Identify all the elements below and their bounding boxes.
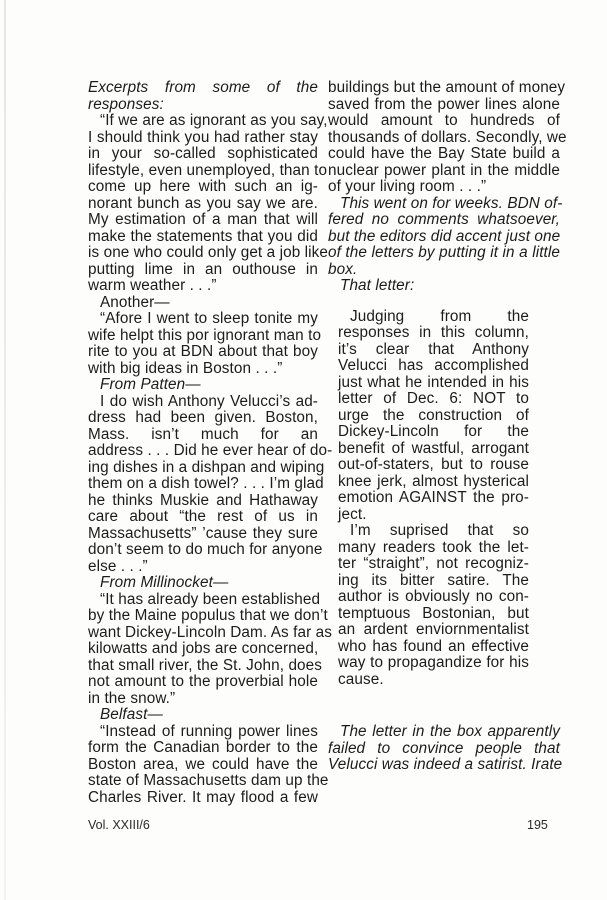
text-line: Another— [88,295,318,312]
text-line: of your living room . . .” [328,179,560,196]
text-line: lifestyle, even unemployed, than to [88,163,318,180]
right-column-top-text: buildings but the amount of moneysaved f… [328,80,560,295]
text-line-content: don’t seem to do much for anyone [88,542,318,559]
text-line-content: urge the construction of [338,408,529,425]
text-line-content: box. [328,262,560,279]
text-line: author is obviously no con- [338,589,529,606]
volume-label: Vol. XXIII/6 [88,818,150,832]
text-line: Judging from the [338,309,529,326]
page-edge-shadow [4,0,6,900]
text-line-content: From Millinocket— [88,575,318,592]
text-line-content: many readers took the let- [338,540,529,557]
text-line: in the snow.” [88,691,318,708]
text-line: many readers took the let- [338,540,529,557]
text-line: rite to you at BDN about that boy [88,344,318,361]
text-line: not amount to the proverbial hole [88,674,318,691]
text-line: Excerpts from some of the [88,80,318,97]
text-line-content: “If we are as ignorant as you say, [88,113,318,130]
text-line-content: with big ideas in Boston . . .” [88,361,318,378]
text-line: form the Canadian border to the [88,740,318,757]
text-line-content: dress had been given. Boston, [88,410,318,427]
text-line: failed to convince people that [328,741,560,758]
text-line-content: knee jerk, almost hysterical [338,474,529,491]
text-line: way to propagandize for his [338,655,529,672]
text-line: I’m suprised that so [338,523,529,540]
text-line: I do wish Anthony Velucci’s ad- [88,394,318,411]
text-line: else . . .” [88,559,318,576]
text-line: “It has already been established [88,592,318,609]
text-line: cause. [338,672,529,689]
text-line: Velucci has accomplished [338,358,529,375]
text-line: Belfast— [88,707,318,724]
text-line: buildings but the amount of money [328,80,560,97]
text-line: make the statements that you did [88,229,318,246]
left-column: Excerpts from some of theresponses:“If w… [88,80,318,806]
text-line-content: author is obviously no con- [338,589,529,606]
text-line-content: he thinks Muskie and Hathaway [88,493,318,510]
text-line-content: that small river, the St. John, does [88,658,318,675]
text-line-content: kilowatts and jobs are concerned, [88,641,318,658]
text-line-content: Excerpts from some of the [88,80,318,97]
text-line-content: Judging from the [338,309,529,326]
text-line: That letter: [328,278,560,295]
text-line-content: responses: [88,97,318,114]
page-number: 195 [527,818,548,832]
text-line-content: nuclear power plant in the middle [328,163,560,180]
text-line-content: warm weather . . .” [88,278,318,295]
text-line-content: ject. [338,507,529,524]
text-line: by the Maine populus that we don’t [88,608,318,625]
text-line-content: state of Massachusetts dam up the [88,773,318,790]
text-line: come up here with such an ig- [88,179,318,196]
text-line-content: care about “the rest of us in [88,509,318,526]
text-line-content: an ardent enviornmentalist [338,622,529,639]
text-line: saved from the power lines alone [328,97,560,114]
text-line: I should think you had rather stay [88,130,318,147]
text-line: Mass. isn’t much for an [88,427,318,444]
text-line-content: Mass. isn’t much for an [88,427,318,444]
text-line: “Instead of running power lines [88,724,318,741]
text-line-content: lifestyle, even unemployed, than to [88,163,318,180]
text-line-content: else . . .” [88,559,318,576]
text-line: warm weather . . .” [88,278,318,295]
text-line: “Afore I went to sleep tonite my [88,311,318,328]
text-line-content: in your so-called sophisticated [88,146,318,163]
text-line-content: That letter: [328,278,560,295]
text-line: out-of-staters, but to rouse [338,457,529,474]
text-line-content: Charles River. It may flood a few [88,790,318,807]
text-line-content: by the Maine populus that we don’t [88,608,318,625]
text-line: kilowatts and jobs are concerned, [88,641,318,658]
text-line: This went on for weeks. BDN of- [328,196,560,213]
text-line: Boston area, we could have the [88,757,318,774]
text-line: thousands of dollars. Secondly, we [328,130,560,147]
text-line-content: out-of-staters, but to rouse [338,457,529,474]
text-line-content: fered no comments whatsoever, [328,212,560,229]
text-line-content: I should think you had rather stay [88,130,318,147]
text-line-content: putting lime in an outhouse in [88,262,318,279]
text-line-content: it’s clear that Anthony [338,342,529,359]
text-line: letter of Dec. 6: NOT to [338,391,529,408]
text-line-content: rite to you at BDN about that boy [88,344,318,361]
text-line-content: make the statements that you did [88,229,318,246]
text-line: dress had been given. Boston, [88,410,318,427]
spacer [328,688,560,724]
text-line-content: temptuous Bostonian, but [338,606,529,623]
text-line-content: but the editors did accent just one [328,229,560,246]
text-line-content: saved from the power lines alone [328,97,560,114]
text-line: From Millinocket— [88,575,318,592]
text-line-content: Another— [88,295,318,312]
text-line-content: Belfast— [88,707,318,724]
text-line-content: thousands of dollars. Secondly, we [328,130,560,147]
text-line: who has found an effective [338,639,529,656]
right-column-bottom-text: The letter in the box apparentlyfailed t… [328,724,560,774]
text-line: Massachusetts” ’cause they sure [88,526,318,543]
text-line: but the editors did accent just one [328,229,560,246]
text-line: just what he intended in his [338,375,529,392]
text-line: Velucci was indeed a satirist. Irate [328,757,560,774]
text-line: ter “straight”, not recogniz- [338,556,529,573]
text-line: it’s clear that Anthony [338,342,529,359]
text-line: care about “the rest of us in [88,509,318,526]
text-line: emotion AGAINST the pro- [338,490,529,507]
boxed-letter: Judging from theresponses in this column… [338,309,529,689]
text-line: “If we are as ignorant as you say, [88,113,318,130]
text-line: fered no comments whatsoever, [328,212,560,229]
text-line: address . . . Did he ever hear of do- [88,443,318,460]
text-line: ject. [338,507,529,524]
text-line: From Patten— [88,377,318,394]
text-line-content: From Patten— [88,377,318,394]
text-line-content: benefit of wastful, arrogant [338,441,529,458]
text-line: My estimation of a man that will [88,212,318,229]
text-line: with big ideas in Boston . . .” [88,361,318,378]
text-line-content: Massachusetts” ’cause they sure [88,526,318,543]
text-line-content: not amount to the proverbial hole [88,674,318,691]
text-line: is one who could only get a job like [88,245,318,262]
text-line-content: ing its bitter satire. The [338,573,529,590]
text-line: ing dishes in a dishpan and wiping [88,460,318,477]
text-line: putting lime in an outhouse in [88,262,318,279]
text-line-content: way to propagandize for his [338,655,529,672]
text-line-content: would amount to hundreds of [328,113,560,130]
text-line: benefit of wastful, arrogant [338,441,529,458]
text-line-content: want Dickey-Lincoln Dam. As far as [88,625,318,642]
text-line: that small river, the St. John, does [88,658,318,675]
text-line: don’t seem to do much for anyone [88,542,318,559]
text-line-content: ter “straight”, not recogniz- [338,556,529,573]
text-line: ing its bitter satire. The [338,573,529,590]
text-line-content: in the snow.” [88,691,318,708]
text-line-content: buildings but the amount of money [328,80,560,97]
text-line: The letter in the box apparently [328,724,560,741]
text-line-content: responses in this column, [338,325,529,342]
text-line: could have the Bay State build a [328,146,560,163]
text-line-content: “It has already been established [88,592,318,609]
text-line: would amount to hundreds of [328,113,560,130]
text-line: temptuous Bostonian, but [338,606,529,623]
text-line-content: of the letters by putting it in a little [328,245,560,262]
text-line: state of Massachusetts dam up the [88,773,318,790]
text-line: want Dickey-Lincoln Dam. As far as [88,625,318,642]
text-line: he thinks Muskie and Hathaway [88,493,318,510]
text-line: of the letters by putting it in a little [328,245,560,262]
text-line: Charles River. It may flood a few [88,790,318,807]
text-line-content: could have the Bay State build a [328,146,560,163]
text-line-content: who has found an effective [338,639,529,656]
text-line-content: “Afore I went to sleep tonite my [88,311,318,328]
text-line-content: is one who could only get a job like [88,245,318,262]
text-line-content: This went on for weeks. BDN of- [328,196,560,213]
text-line-content: of your living room . . .” [328,179,560,196]
text-line-content: just what he intended in his [338,375,529,392]
right-column: buildings but the amount of moneysaved f… [328,80,560,774]
text-line-content: form the Canadian border to the [88,740,318,757]
text-line: urge the construction of [338,408,529,425]
text-line-content: letter of Dec. 6: NOT to [338,391,529,408]
text-line-content: come up here with such an ig- [88,179,318,196]
text-line: knee jerk, almost hysterical [338,474,529,491]
text-line-content: wife helpt this por ignorant man to [88,328,318,345]
text-line-content: I’m suprised that so [338,523,529,540]
text-line-content: The letter in the box apparently [328,724,560,741]
text-line-content: address . . . Did he ever hear of do- [88,443,318,460]
text-line-content: Boston area, we could have the [88,757,318,774]
text-line-content: them on a dish towel? . . . I’m glad [88,476,318,493]
text-line: nuclear power plant in the middle [328,163,560,180]
text-line: box. [328,262,560,279]
text-line-content: Velucci has accomplished [338,358,529,375]
text-line: responses: [88,97,318,114]
text-line: wife helpt this por ignorant man to [88,328,318,345]
text-line-content: ing dishes in a dishpan and wiping [88,460,318,477]
text-line-content: failed to convince people that [328,741,560,758]
text-line-content: My estimation of a man that will [88,212,318,229]
text-line-content: Velucci was indeed a satirist. Irate [328,757,560,774]
text-line-content: I do wish Anthony Velucci’s ad- [88,394,318,411]
text-line: an ardent enviornmentalist [338,622,529,639]
text-line-content: norant bunch as you say we are. [88,196,318,213]
text-line: them on a dish towel? . . . I’m glad [88,476,318,493]
text-line: in your so-called sophisticated [88,146,318,163]
text-line-content: “Instead of running power lines [88,724,318,741]
text-line: responses in this column, [338,325,529,342]
text-line-content: emotion AGAINST the pro- [338,490,529,507]
text-line: norant bunch as you say we are. [88,196,318,213]
text-line-content: Dickey-Lincoln for the [338,424,529,441]
text-line: Dickey-Lincoln for the [338,424,529,441]
text-line-content: cause. [338,672,529,689]
